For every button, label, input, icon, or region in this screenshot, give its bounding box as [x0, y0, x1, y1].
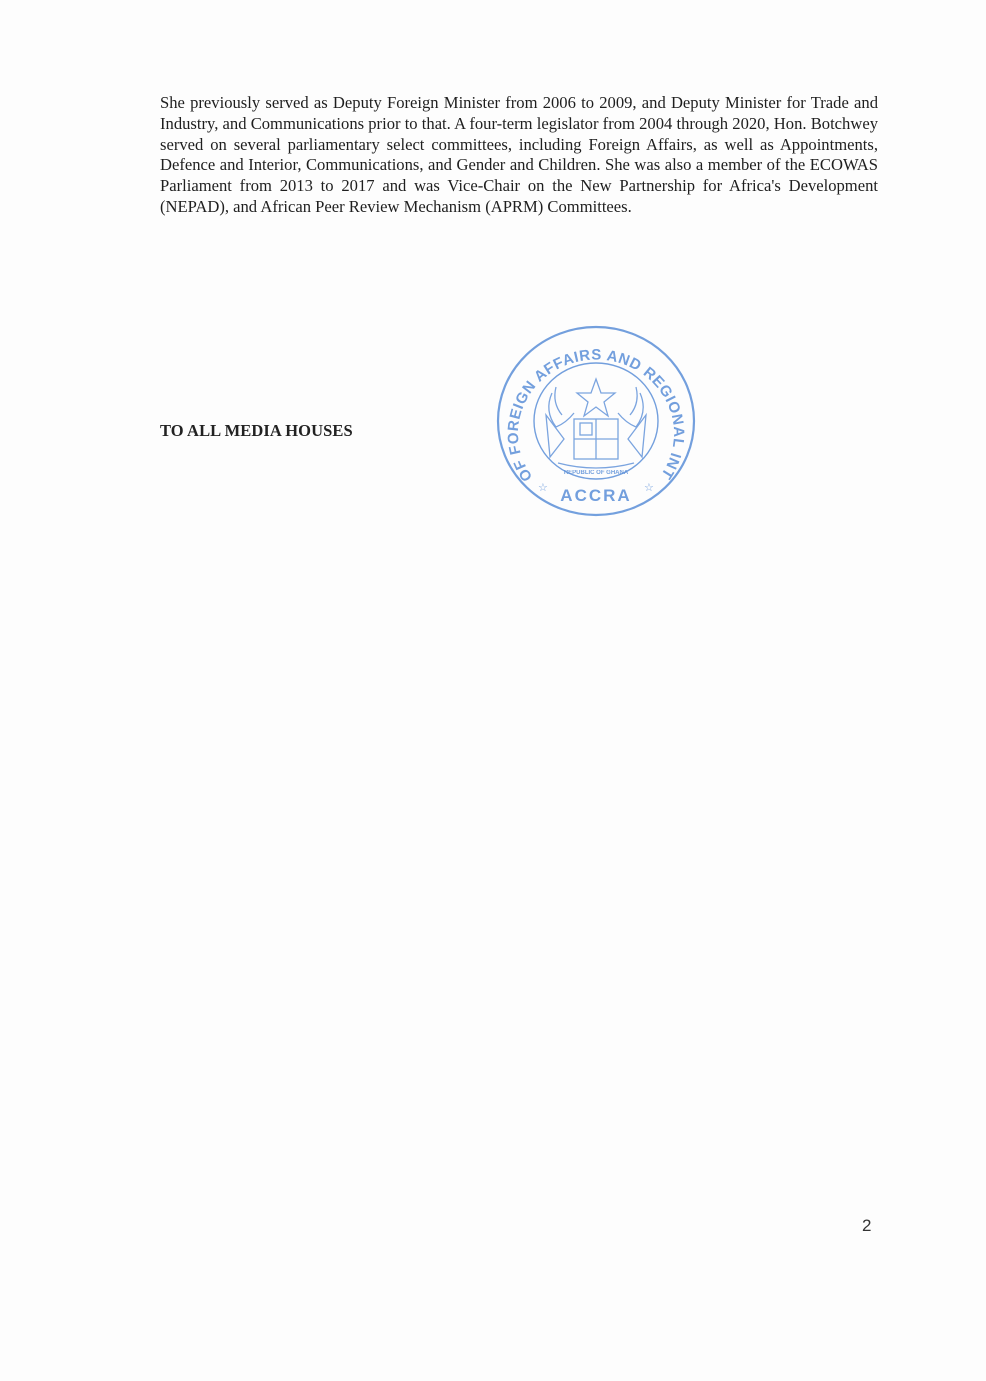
seal-banner-text: REPUBLIC OF GHANA — [564, 470, 629, 476]
document-page: She previously served as Deputy Foreign … — [0, 0, 986, 1381]
star-icon: ☆ — [644, 481, 654, 494]
body-paragraph: She previously served as Deputy Foreign … — [160, 93, 878, 218]
star-icon: ☆ — [538, 481, 548, 494]
seal-bottom-text: ACCRA — [560, 486, 631, 505]
ministry-seal: MINISTRY OF FOREIGN AFFAIRS AND REGIONAL… — [494, 323, 698, 519]
page-number: 2 — [862, 1216, 871, 1236]
distribution-line: TO ALL MEDIA HOUSES — [160, 421, 353, 441]
coat-of-arms-icon — [546, 379, 646, 468]
